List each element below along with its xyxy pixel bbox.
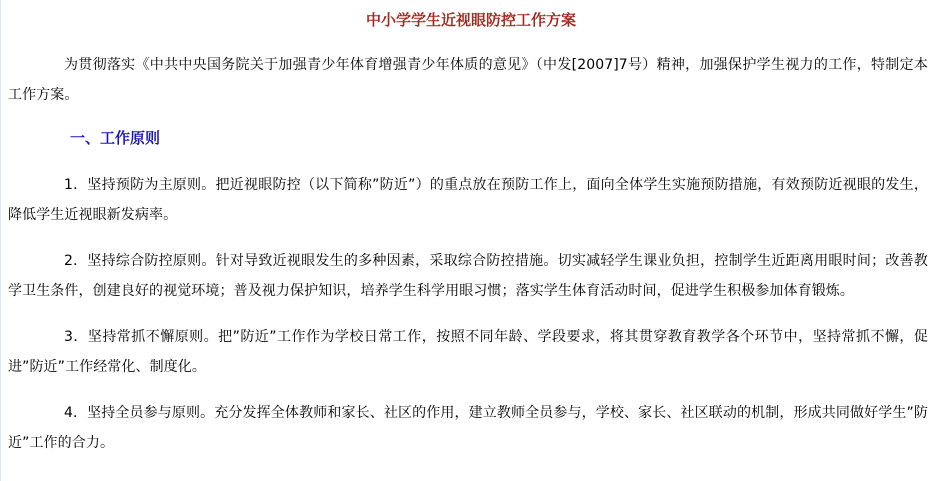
intro-paragraph: 为贯彻落实《中共中央国务院关于加强青少年体育增强青少年体质的意见》（中发[200… <box>8 50 928 110</box>
article: 中小学学生近视眼防控工作方案 为贯彻落实《中共中央国务院关于加强青少年体育增强青… <box>8 0 928 458</box>
document-title: 中小学学生近视眼防控工作方案 <box>8 10 928 30</box>
principle-paragraph-3: 3．坚持常抓不懈原则。把”防近”工作作为学校日常工作，按照不同年龄、学段要求，将… <box>8 322 928 382</box>
principle-paragraph-4: 4．坚持全员参与原则。充分发挥全体教师和家长、社区的作用，建立教师全员参与，学校… <box>8 398 928 458</box>
principle-paragraph-1: 1．坚持预防为主原则。把近视眼防控（以下简称”防近”）的重点放在预防工作上，面向… <box>8 170 928 230</box>
left-border <box>0 0 1 481</box>
section-heading-work-principles: 一、工作原则 <box>8 128 928 148</box>
principle-paragraph-2: 2．坚持综合防控原则。针对导致近视眼发生的多种因素，采取综合防控措施。切实减轻学… <box>8 246 928 306</box>
